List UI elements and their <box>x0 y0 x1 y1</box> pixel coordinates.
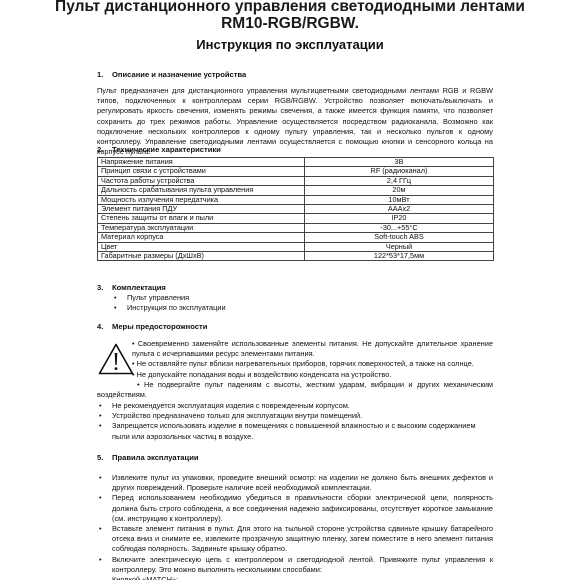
spec-value-cell: 20м <box>305 186 494 195</box>
list-item: •Включите электрическую цепь с контролле… <box>112 555 493 575</box>
table-row: Материал корпусаSoft-touch ABS <box>98 233 494 242</box>
spec-name-cell: Степень защиты от влаги и пыли <box>98 214 305 223</box>
operating-rules-list: •Извлеките пульт из упаковки, проведите … <box>112 473 493 580</box>
precautions-warning-block: • Своевременно заменяйте использованные … <box>97 339 493 400</box>
section-3-heading: 3.Комплектация <box>97 283 166 293</box>
document-subtitle: Инструкция по эксплуатации <box>0 37 580 53</box>
list-item: •Вставьте элемент питания в пульт. Для э… <box>112 524 493 555</box>
spec-name-cell: Дальность срабатывания пульта управления <box>98 186 305 195</box>
precautions-list: •Не рекомендуется эксплуатация изделия с… <box>112 401 493 442</box>
warning-line: • Не оставляйте пульт вблизи нагреватель… <box>97 359 493 369</box>
warning-line: • Своевременно заменяйте использованные … <box>97 339 493 359</box>
document-model: RM10-RGB/RGBW. <box>0 15 580 33</box>
spec-value-cell: Soft-touch ABS <box>305 233 494 242</box>
spec-name-cell: Габаритные размеры (ДхШхВ) <box>98 252 305 261</box>
spec-value-cell: RF (радиоканал) <box>305 167 494 176</box>
list-item: •Устройство предназначено только для экс… <box>112 411 493 421</box>
section-4-heading: 4.Меры предосторожности <box>97 322 207 332</box>
instruction-page: Пульт дистанционного управления светодио… <box>0 0 580 580</box>
section-2-heading: 2.Технические характеристики <box>97 145 221 155</box>
table-row: Степень защиты от влаги и пылиIP20 <box>98 214 494 223</box>
package-contents-list: •Пульт управления •Инструкция по эксплуа… <box>127 293 493 313</box>
match-button-method-label: Кнопкой «MATCH»: <box>112 575 493 580</box>
document-title: Пульт дистанционного управления светодио… <box>0 0 580 16</box>
list-item: •Запрещается использовать изделие в поме… <box>112 421 493 441</box>
list-item: •Перед использованием необходимо убедить… <box>112 493 493 524</box>
spec-name-cell: Принцип связи с устройствами <box>98 167 305 176</box>
spec-name-cell: Материал корпуса <box>98 233 305 242</box>
list-item: •Извлеките пульт из упаковки, проведите … <box>112 473 493 493</box>
table-row: Принцип связи с устройствамиRF (радиокан… <box>98 167 494 176</box>
section-5-heading: 5.Правила эксплуатации <box>97 453 199 463</box>
list-item: •Инструкция по эксплуатации <box>127 303 493 313</box>
warning-line: • Не допускайте попадания воды и воздейс… <box>97 370 493 380</box>
specifications-table: Напряжение питания3ВПринцип связи с устр… <box>97 157 494 261</box>
table-row: Габаритные размеры (ДхШхВ)122*53*17,5мм <box>98 252 494 261</box>
table-row: Дальность срабатывания пульта управления… <box>98 186 494 195</box>
spec-value-cell: IP20 <box>305 214 494 223</box>
section-1-heading: 1.Описание и назначение устройства <box>97 70 246 80</box>
warning-line: • Не подвергайте пульт падениям с высоты… <box>97 380 493 400</box>
spec-value-cell: 122*53*17,5мм <box>305 252 494 261</box>
list-item: •Не рекомендуется эксплуатация изделия с… <box>112 401 493 411</box>
list-item: •Пульт управления <box>127 293 493 303</box>
